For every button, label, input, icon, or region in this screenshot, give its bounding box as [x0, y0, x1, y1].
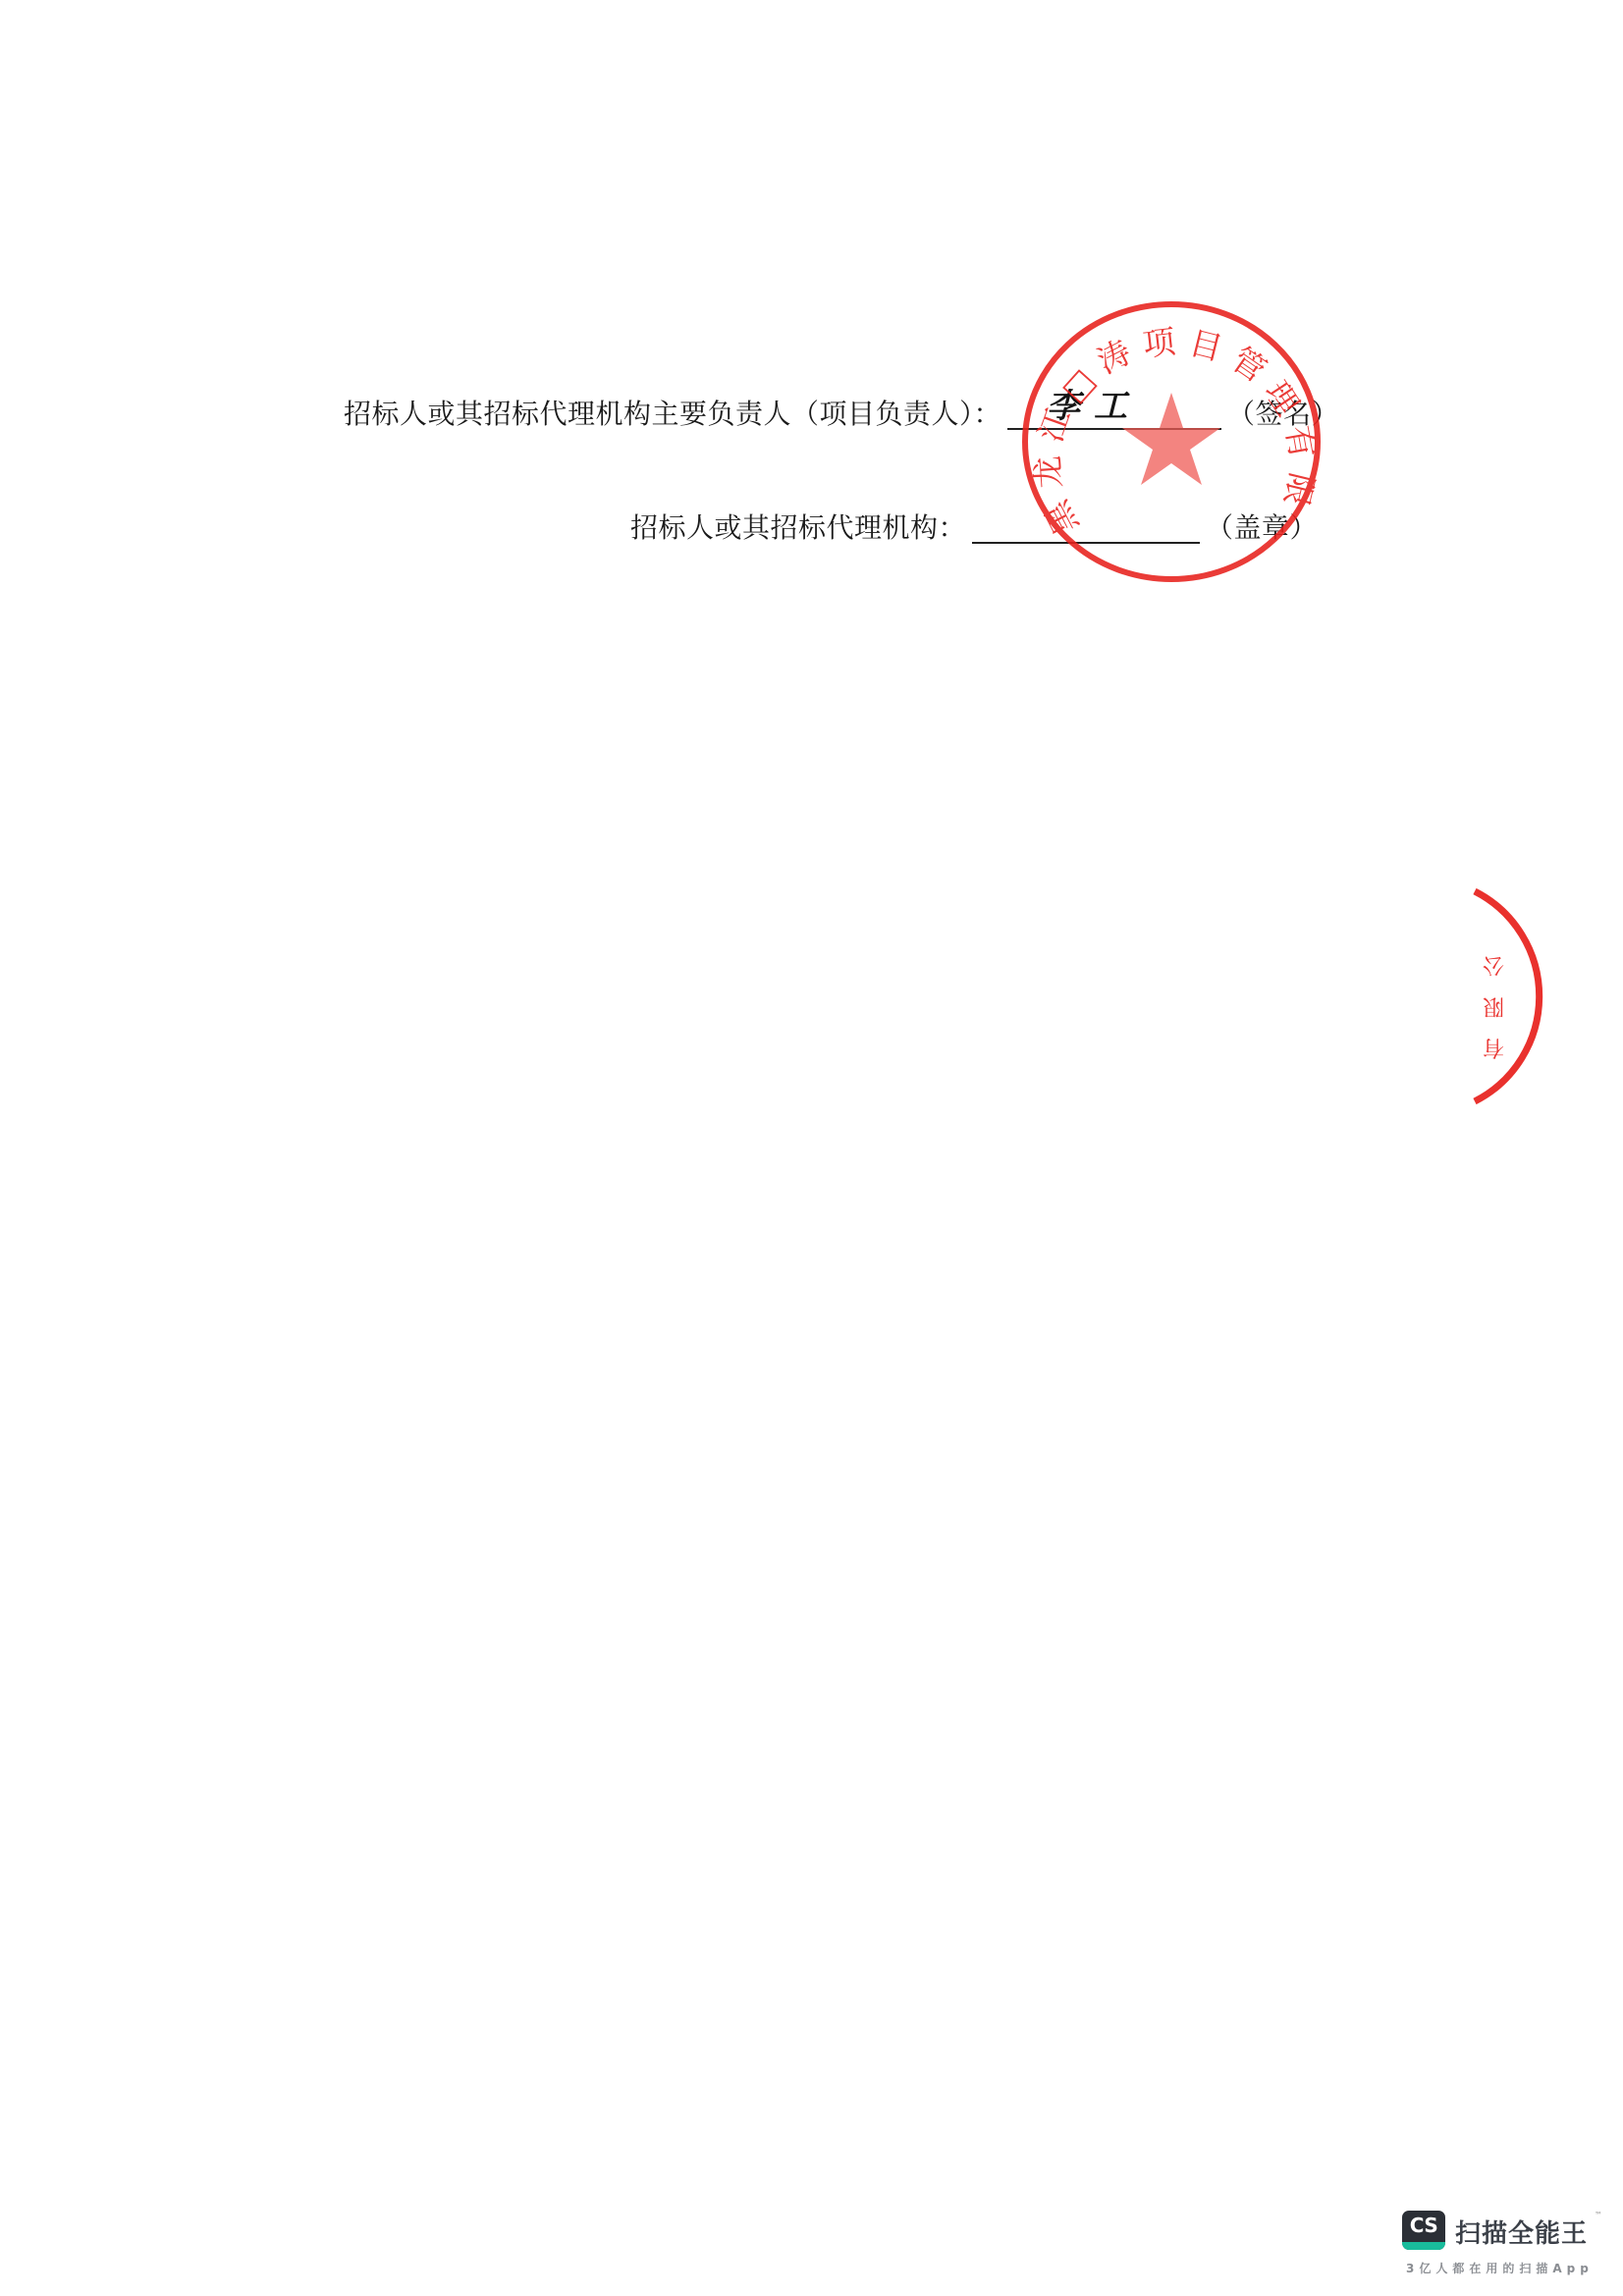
- seal-suffix: （盖章）: [1206, 508, 1318, 548]
- seal-field[interactable]: [972, 508, 1200, 544]
- partial-seal: 有限公: [1463, 883, 1561, 1109]
- app-name: 扫描全能王: [1455, 2214, 1588, 2250]
- trademark: ™: [1595, 2211, 1602, 2219]
- logo-text: CS: [1402, 2214, 1445, 2237]
- app-tagline: 3亿人都在用的扫描App: [1406, 2260, 1594, 2276]
- camscanner-logo-icon: CS: [1402, 2211, 1445, 2250]
- seal-line: 招标人或其招标代理机构： （盖章）: [630, 508, 1318, 548]
- logo-accent-band: [1402, 2242, 1445, 2250]
- signature-suffix: （签名）: [1227, 395, 1339, 434]
- signature-field[interactable]: 李工: [1007, 395, 1221, 430]
- signature-line: 招标人或其招标代理机构主要负责人（项目负责人）： 李工 （签名）: [344, 395, 1339, 434]
- seal-label: 招标人或其招标代理机构：: [630, 508, 966, 548]
- signature-label: 招标人或其招标代理机构主要负责人（项目负责人）：: [344, 395, 1001, 434]
- camscanner-watermark: CS 扫描全能王 ™ 3亿人都在用的扫描App: [1402, 2211, 1623, 2289]
- handwritten-signature: 李工: [1047, 387, 1141, 426]
- partial-seal-text: 有限公: [1483, 952, 1504, 1059]
